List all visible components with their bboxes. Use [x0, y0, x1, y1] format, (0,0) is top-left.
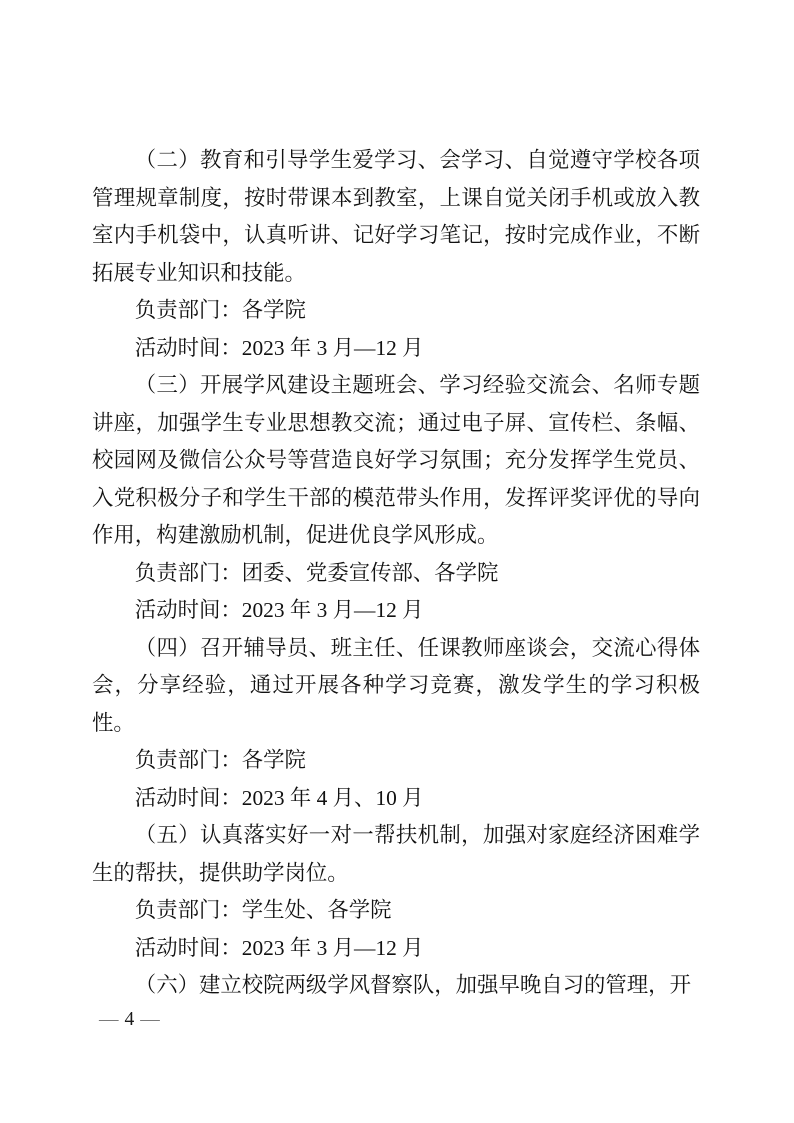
list-item-paragraph: （六）建立校院两级学风督察队，加强早晚自习的管理，开: [92, 967, 700, 1005]
responsible-dept-line: 负责部门：学生处、各学院: [92, 892, 700, 930]
page-number-value: 4: [119, 1009, 141, 1030]
responsible-dept-line: 负责部门：各学院: [92, 292, 700, 330]
list-item-paragraph: （四）召开辅导员、班主任、任课教师座谈会，交流心得体会，分享经验，通过开展各种学…: [92, 630, 700, 743]
document-body: （二）教育和引导学生爱学习、会学习、自觉遵守学校各项管理规章制度，按时带课本到教…: [92, 142, 700, 1005]
activity-time-line: 活动时间：2023 年 3 月—12 月: [92, 330, 700, 368]
activity-time-line: 活动时间：2023 年 3 月—12 月: [92, 930, 700, 968]
page-number-dash-left: —: [99, 1009, 119, 1030]
responsible-dept-line: 负责部门：各学院: [92, 742, 700, 780]
page-number-dash-right: —: [140, 1009, 160, 1030]
document-page: （二）教育和引导学生爱学习、会学习、自觉遵守学校各项管理规章制度，按时带课本到教…: [0, 0, 794, 1123]
list-item-paragraph: （五）认真落实好一对一帮扶机制，加强对家庭经济困难学生的帮扶，提供助学岗位。: [92, 817, 700, 892]
list-item-paragraph: （三）开展学风建设主题班会、学习经验交流会、名师专题讲座，加强学生专业思想教交流…: [92, 367, 700, 555]
page-number: —4—: [99, 1007, 160, 1033]
responsible-dept-line: 负责部门：团委、党委宣传部、各学院: [92, 555, 700, 593]
activity-time-line: 活动时间：2023 年 3 月—12 月: [92, 592, 700, 630]
list-item-paragraph: （二）教育和引导学生爱学习、会学习、自觉遵守学校各项管理规章制度，按时带课本到教…: [92, 142, 700, 292]
activity-time-line: 活动时间：2023 年 4 月、10 月: [92, 780, 700, 818]
